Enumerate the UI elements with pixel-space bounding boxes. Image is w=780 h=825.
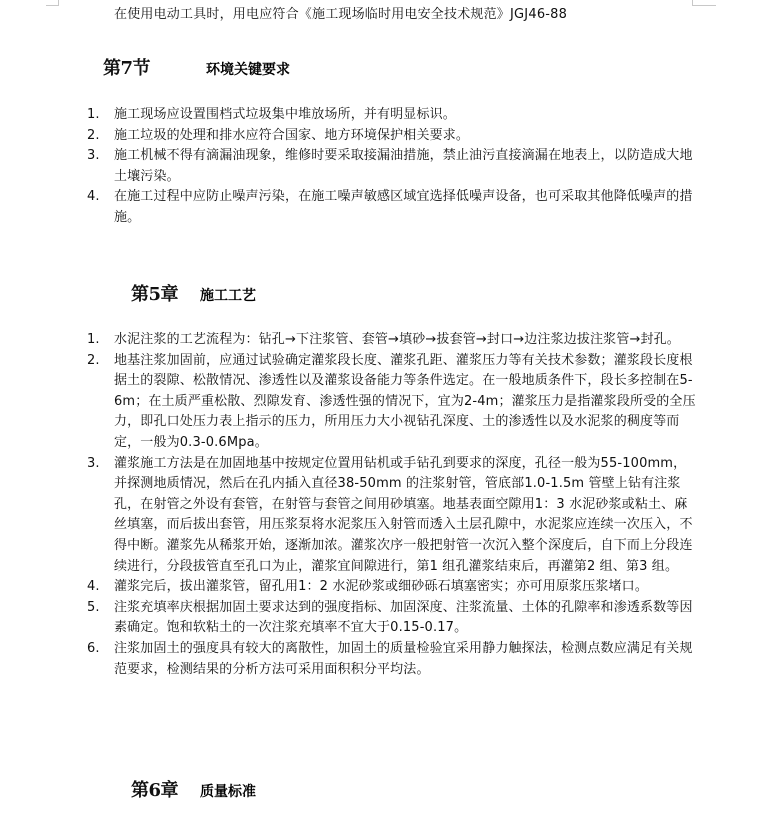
list-item: 4.灌浆完后，拔出灌浆管，留孔用1：2 水泥砂浆或细砂砾石填塞密实；亦可用原浆压… — [87, 577, 697, 598]
chapter-number: 第6章 — [131, 776, 178, 802]
list-item: 6.注浆加固土的强度具有较大的离散性，加固土的质量检验宜采用静力触探法，检测点数… — [87, 639, 697, 680]
section-7-heading: 第7节 环境关键要求 — [103, 54, 290, 80]
section-7-list: 1.施工现场应设置围档式垃圾集中堆放场所，并有明显标识。 2.施工垃圾的处理和排… — [87, 105, 697, 229]
chapter-6-heading: 第6章 质量标准 — [131, 776, 256, 802]
list-item: 2.施工垃圾的处理和排水应符合国家、地方环境保护相关要求。 — [87, 126, 697, 147]
chapter-5-heading: 第5章 施工工艺 — [131, 280, 256, 306]
list-item: 5.注浆充填率庆根据加固土要求达到的强度指标、加固深度、注浆流量、土体的孔隙率和… — [87, 598, 697, 639]
list-item: 2.地基注浆加固前，应通过试验确定灌浆段长度、灌浆孔距、灌浆压力等有关技术参数；… — [87, 351, 697, 454]
list-item: 3.灌浆施工方法是在加固地基中按规定位置用钻机或手钻孔到要求的深度，孔径一般为5… — [87, 454, 697, 578]
list-item: 1.水泥注浆的工艺流程为：钻孔→下注浆管、套管→填砂→拔套管→封口→边注浆边拔注… — [87, 330, 697, 351]
section-number: 第7节 — [103, 54, 150, 80]
list-item: 4.在施工过程中应防止噪声污染，在施工噪声敏感区域宜选择低噪声设备，也可采取其他… — [87, 187, 697, 228]
top-paragraph: 在使用电动工具时，用电应符合《施工现场临时用电安全技术规范》JGJ46-88 — [114, 5, 567, 25]
page-corner-mark-right — [692, 0, 716, 6]
chapter-title: 质量标准 — [200, 781, 256, 801]
list-item: 1.施工现场应设置围档式垃圾集中堆放场所，并有明显标识。 — [87, 105, 697, 126]
document-page: 在使用电动工具时，用电应符合《施工现场临时用电安全技术规范》JGJ46-88 第… — [0, 0, 780, 825]
chapter-number: 第5章 — [131, 280, 178, 306]
list-item: 3.施工机械不得有滴漏油现象，维修时要采取接漏油措施，禁止油污直接滴漏在地表上，… — [87, 146, 697, 187]
section-title: 环境关键要求 — [206, 59, 290, 79]
chapter-title: 施工工艺 — [200, 285, 256, 305]
chapter-5-list: 1.水泥注浆的工艺流程为：钻孔→下注浆管、套管→填砂→拔套管→封口→边注浆边拔注… — [87, 330, 697, 680]
page-corner-mark-left — [46, 0, 59, 6]
